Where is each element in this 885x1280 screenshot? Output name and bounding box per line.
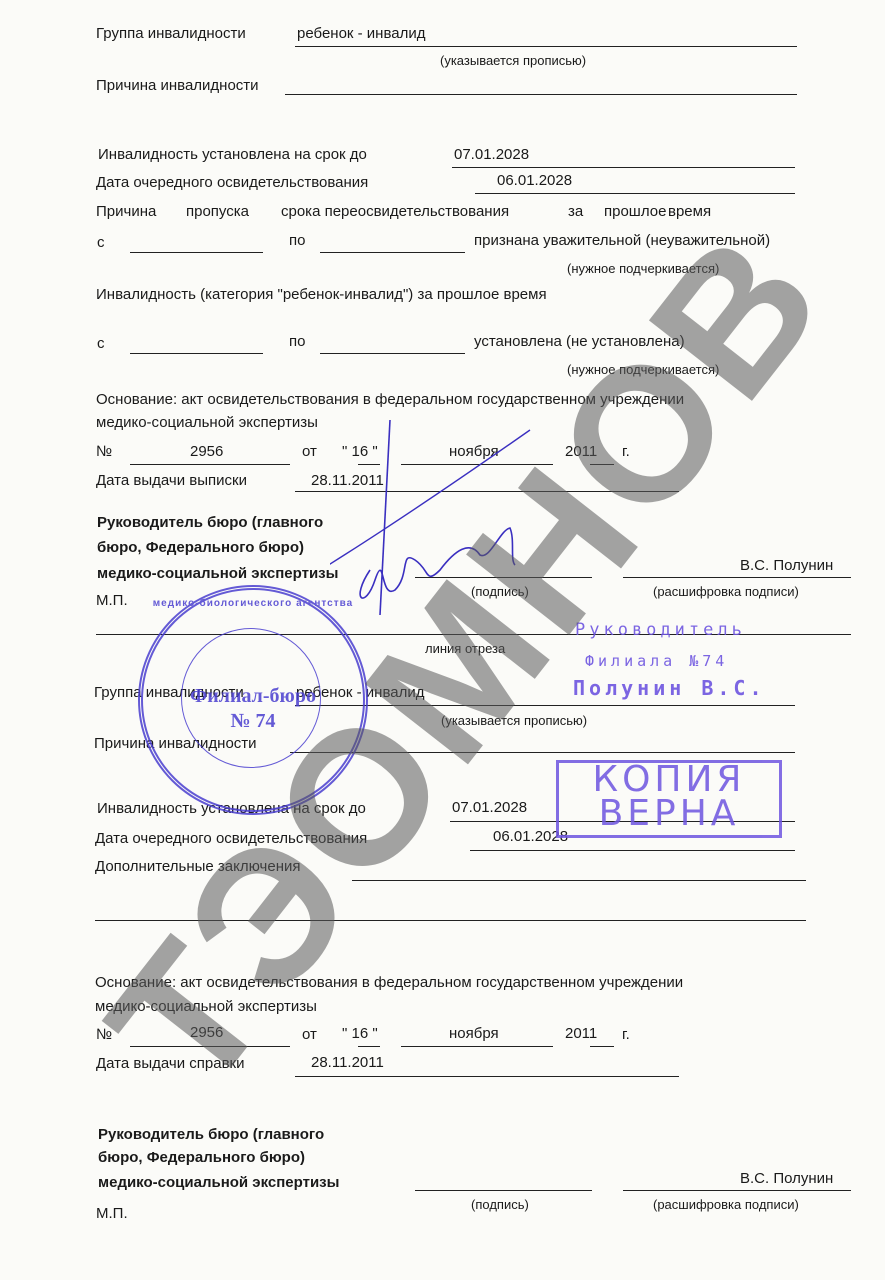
act-number-value-2: 2956 [190,1024,223,1042]
mp-label-2: М.П. [96,1205,128,1223]
cut-line-label: линия отреза [425,641,505,657]
term-value-2: 07.01.2028 [452,799,527,817]
past-to-field [320,353,465,354]
cause-label: Причина инвалидности [96,77,259,95]
head-title-line-1: Руководитель бюро (главного [97,514,323,532]
missed-word-4: за [568,203,583,221]
signer-underline-2 [623,1190,851,1191]
signature-field [415,577,592,578]
seal-ring-text: медико-биологического агентства [143,598,363,609]
group-hint: (указывается прописью) [440,53,586,69]
head-title-line-3: медико-социальной экспертизы [97,565,338,583]
mp-label: М.П. [96,592,128,610]
underline-hint-2: (нужное подчеркивается) [567,362,719,378]
basis-line-1-2: Основание: акт освидетельствования в фед… [95,974,683,992]
basis-line-1: Основание: акт освидетельствования в фед… [96,391,684,409]
act-day-value-2: " 16 " [342,1025,378,1043]
extra-field-2 [95,920,806,921]
act-year-value: 2011 [565,443,597,461]
act-year-suffix-2: г. [622,1026,630,1044]
next-exam-label: Дата очередного освидетельствования [96,174,368,192]
head-title-line-3-2: медико-социальной экспертизы [98,1174,339,1192]
extra-label: Дополнительные заключения [95,858,300,876]
next-exam-underline [475,193,795,194]
stamp-branch: Филиала №74 [585,652,728,670]
act-year-suffix: г. [622,443,630,461]
next-exam-underline-2 [470,850,795,851]
missed-word-2: пропуска [186,203,249,221]
missed-from-label: с [97,234,105,252]
basis-line-2-2: медико-социальной экспертизы [95,998,317,1016]
term-underline [452,167,795,168]
act-number-underline-2 [130,1046,290,1047]
signature-field-2 [415,1190,592,1191]
group-underline [295,46,797,47]
act-date-label-2: от [302,1026,317,1044]
signer-name: В.С. Полунин [740,557,833,575]
stamp-name: Полунин В.С. [573,676,766,700]
decode-hint-2: (расшифровка подписи) [653,1197,799,1213]
copy-stamp-line-2: ВЕРНА [559,797,779,831]
missed-result: признана уважительной (неуважительной) [474,232,770,250]
act-month-underline-2 [401,1046,553,1047]
next-exam-label-2: Дата очередного освидетельствования [95,830,367,848]
past-from-field [130,353,263,354]
head-title-line-2-2: бюро, Федерального бюро) [98,1149,305,1167]
missed-word-3: срока переосвидетельствования [281,203,509,221]
signature-hint-2: (подпись) [471,1197,529,1213]
past-to-label: по [289,333,305,351]
copy-stamp-line-1: КОПИЯ [559,763,779,797]
act-year-underline-2 [590,1046,614,1047]
head-title-line-2: бюро, Федерального бюро) [97,539,304,557]
act-month-underline [401,464,553,465]
missed-word-6: время [668,203,711,221]
cause-underline [285,94,797,95]
act-day-underline [358,464,380,465]
signature-hint: (подпись) [471,584,529,600]
missed-to-field [320,252,465,253]
act-month-value-2: ноября [449,1025,499,1043]
extra-field-1 [352,880,806,881]
round-seal-stamp: медико-биологического агентства Филиал-б… [138,585,368,815]
seal-center-line-2: № 74 [143,710,363,733]
group-hint-2: (указывается прописью) [441,713,587,729]
signer-name-2: В.С. Полунин [740,1170,833,1188]
group-label: Группа инвалидности [96,25,246,43]
past-category-label: Инвалидность (категория "ребенок-инвалид… [96,286,547,304]
signer-underline [623,577,851,578]
basis-line-2: медико-социальной экспертизы [96,414,318,432]
act-month-value: ноября [449,443,499,461]
group-underline-2 [295,705,795,706]
copy-certified-stamp: КОПИЯ ВЕРНА [556,760,782,838]
term-label: Инвалидность установлена на срок до [98,146,367,164]
cause-underline-2 [290,752,795,753]
missed-from-field [130,252,263,253]
decode-hint: (расшифровка подписи) [653,584,799,600]
seal-center-line-1: Филиал-бюро [143,685,363,708]
act-number-value: 2956 [190,443,223,461]
group-value: ребенок - инвалид [297,25,426,43]
past-result: установлена (не установлена) [474,333,685,351]
disability-certificate-page: Группа инвалидности ребенок - инвалид (у… [0,0,885,1280]
act-year-underline [590,464,614,465]
act-number-label: № [96,443,112,461]
issue-value-2: 28.11.2011 [311,1054,384,1072]
stamp-position: Руководитель [575,620,746,640]
act-day-value: " 16 " [342,443,378,461]
past-from-label: с [97,335,105,353]
issue-label-2: Дата выдачи справки [96,1055,244,1073]
next-exam-value: 06.01.2028 [497,172,572,190]
issue-value: 28.11.2011 [311,472,384,490]
issue-underline-2 [295,1076,679,1077]
missed-word-1: Причина [96,203,156,221]
act-year-value-2: 2011 [565,1025,597,1043]
act-number-underline [130,464,290,465]
issue-label: Дата выдачи выписки [96,472,247,490]
term-value: 07.01.2028 [454,146,529,164]
head-title-line-1-2: Руководитель бюро (главного [98,1126,324,1144]
missed-word-5: прошлое [604,203,666,221]
missed-to-label: по [289,232,305,250]
act-number-label-2: № [96,1026,112,1044]
underline-hint-1: (нужное подчеркивается) [567,261,719,277]
act-day-underline-2 [358,1046,380,1047]
act-date-label: от [302,443,317,461]
issue-underline [295,491,679,492]
